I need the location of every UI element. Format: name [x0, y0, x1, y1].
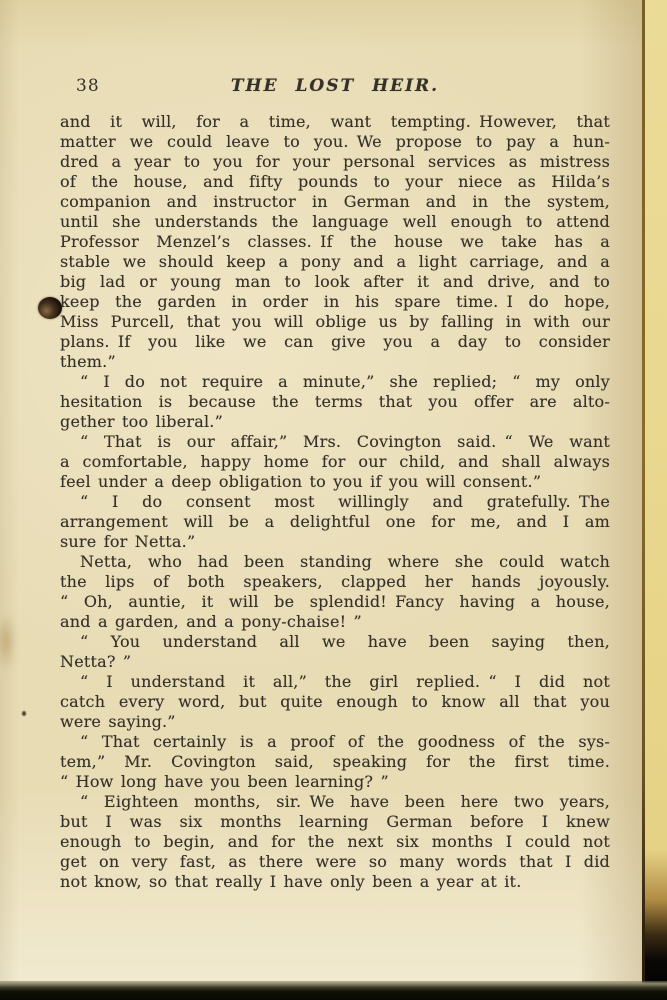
text-line: the lips of both speakers, clapped her h…	[60, 572, 610, 592]
text-line: stable we should keep a pony and a light…	[60, 252, 610, 272]
scanner-background-band	[0, 981, 667, 1000]
text-line: sure for Netta.”	[60, 532, 610, 552]
text-line: until she understands the language well …	[60, 212, 610, 232]
text-line: tem,” Mr. Covington said, speaking for t…	[60, 752, 610, 772]
text-line: get on very fast, as there were so many …	[60, 852, 610, 872]
text-line: but I was six months learning German bef…	[60, 812, 610, 832]
text-line: Miss Purcell, that you will oblige us by…	[60, 312, 610, 332]
text-line: “ I understand it all,” the girl replied…	[60, 672, 610, 692]
text-line: Professor Menzel’s classes. If the house…	[60, 232, 610, 252]
ink-blot-mark	[38, 297, 62, 319]
text-line: a comfortable, happy home for our child,…	[60, 452, 610, 472]
page-header: 38 THE LOST HEIR.	[60, 76, 610, 96]
text-line: and it will, for a time, want tempting. …	[60, 112, 610, 132]
text-line: “ Oh, auntie, it will be splendid! Fancy…	[60, 592, 610, 612]
ink-speck	[22, 711, 26, 716]
text-line: of the house, and fifty pounds to your n…	[60, 172, 610, 192]
body-text: and it will, for a time, want tempting. …	[60, 112, 610, 892]
text-line: feel under a deep obligation to you if y…	[60, 472, 610, 492]
text-line: dred a year to you for your personal ser…	[60, 152, 610, 172]
text-line: keep the garden in order in his spare ti…	[60, 292, 610, 312]
running-title: THE LOST HEIR.	[60, 76, 610, 96]
scanned-book-page: 38 THE LOST HEIR. and it will, for a tim…	[0, 0, 667, 1000]
text-line: plans. If you like we can give you a day…	[60, 332, 610, 352]
text-line: Netta? ”	[60, 652, 610, 672]
text-line: “ I do consent most willingly and gratef…	[60, 492, 610, 512]
text-line: gether too liberal.”	[60, 412, 610, 432]
page-number: 38	[76, 76, 100, 96]
text-line: hesitation is because the terms that you…	[60, 392, 610, 412]
text-line: arrangement will be a delightful one for…	[60, 512, 610, 532]
text-line: matter we could leave to you. We propose…	[60, 132, 610, 152]
text-line: companion and instructor in German and i…	[60, 192, 610, 212]
paper-stain	[0, 603, 20, 681]
text-line: catch every word, but quite enough to kn…	[60, 692, 610, 712]
text-line: not know, so that really I have only bee…	[60, 872, 610, 892]
adjacent-page-edge	[645, 0, 667, 1000]
text-line: “ You understand all we have been saying…	[60, 632, 610, 652]
page-surface: 38 THE LOST HEIR. and it will, for a tim…	[0, 0, 645, 984]
text-line: “ That certainly is a proof of the goodn…	[60, 732, 610, 752]
text-line: “ Eighteen months, sir. We have been her…	[60, 792, 610, 812]
text-line: were saying.”	[60, 712, 610, 732]
text-line: Netta, who had been standing where she c…	[60, 552, 610, 572]
text-line: enough to begin, and for the next six mo…	[60, 832, 610, 852]
text-line: “ I do not require a minute,” she replie…	[60, 372, 610, 392]
text-line: big lad or young man to look after it an…	[60, 272, 610, 292]
text-line: “ How long have you been learning? ”	[60, 772, 610, 792]
text-line: and a garden, and a pony-chaise! ”	[60, 612, 610, 632]
text-line: “ That is our affair,” Mrs. Covington sa…	[60, 432, 610, 452]
text-line: them.”	[60, 352, 610, 372]
